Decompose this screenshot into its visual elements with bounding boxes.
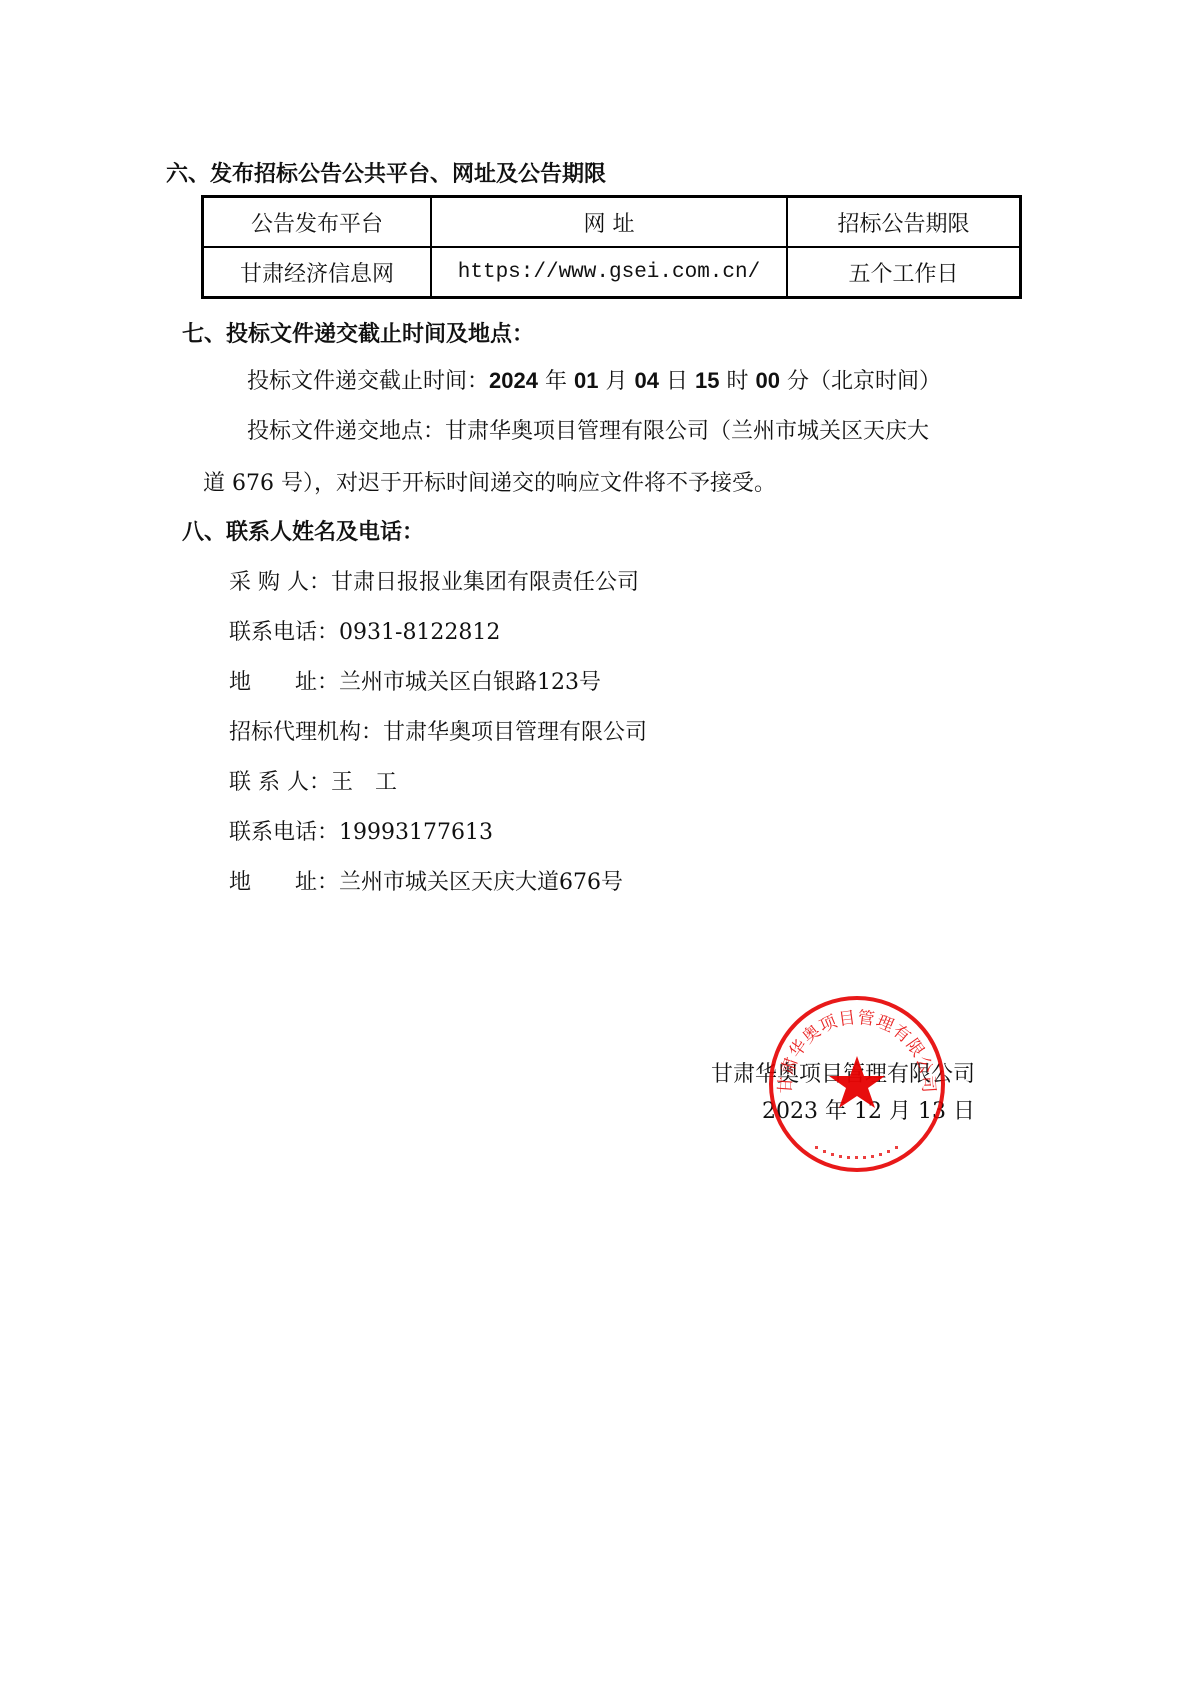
contact-agency-phone: 联系电话：19993177613 <box>229 822 493 844</box>
contact-purchaser-phone: 联系电话：0931-8122812 <box>229 622 500 644</box>
table-row: 甘肃经济信息网 https://www.gsei.com.cn/ 五个工作日 <box>203 247 1021 298</box>
table-header-period: 招标公告期限 <box>787 197 1021 248</box>
contact-label: 联 系 人： <box>229 770 331 795</box>
table-header-url: 网 址 <box>431 197 787 248</box>
location-line-2: 道 676 号），对迟于开标时间递交的响应文件将不予接受。 <box>203 473 776 495</box>
table-cell-platform: 甘肃经济信息网 <box>203 247 432 298</box>
contact-value: 兰州市城关区天庆大道676号 <box>339 870 623 895</box>
table-cell-period: 五个工作日 <box>787 247 1021 298</box>
table-header-platform: 公告发布平台 <box>203 197 432 248</box>
section-7-heading: 七、投标文件递交截止时间及地点： <box>182 324 534 346</box>
deadline-month: 01 <box>574 368 598 393</box>
contact-value: 0931-8122812 <box>339 620 500 645</box>
contact-label: 地 址： <box>229 870 339 895</box>
contact-value: 19993177613 <box>339 820 493 845</box>
deadline-hour-unit: 时 <box>726 369 748 394</box>
deadline-minute: 00 <box>755 368 779 393</box>
contact-label: 招标代理机构： <box>229 720 383 745</box>
deadline-year-unit: 年 <box>545 369 567 394</box>
deadline-month-unit: 月 <box>605 369 627 394</box>
location-line-1: 投标文件递交地点：甘肃华奥项目管理有限公司（兰州市城关区天庆大 <box>247 421 929 443</box>
section-6-heading: 六、发布招标公告公共平台、网址及公告期限 <box>166 164 606 186</box>
deadline-label: 投标文件递交截止时间： <box>247 369 489 394</box>
contact-label: 联系电话： <box>229 820 339 845</box>
deadline-hour: 15 <box>695 368 719 393</box>
contact-purchaser-address: 地 址：兰州市城关区白银路123号 <box>229 672 601 694</box>
contact-value: 甘肃华奥项目管理有限公司 <box>383 720 647 745</box>
contact-label: 地 址： <box>229 670 339 695</box>
deadline-year: 2024 <box>489 368 538 393</box>
contact-value: 甘肃日报报业集团有限责任公司 <box>331 570 639 595</box>
deadline-day-unit: 日 <box>666 369 688 394</box>
company-seal-stamp-icon: 甘肃华奥项目管理有限公司 <box>767 994 947 1174</box>
table-cell-url[interactable]: https://www.gsei.com.cn/ <box>431 247 787 298</box>
deadline-minute-unit: 分 <box>787 369 809 394</box>
deadline-note: （北京时间） <box>809 369 941 394</box>
contact-agency: 招标代理机构：甘肃华奥项目管理有限公司 <box>229 722 647 744</box>
contact-person: 联 系 人：王 工 <box>229 772 397 794</box>
section-8-heading: 八、联系人姓名及电话： <box>182 522 424 544</box>
deadline-day: 04 <box>634 368 658 393</box>
contact-value: 王 工 <box>331 770 397 795</box>
contact-agency-address: 地 址：兰州市城关区天庆大道676号 <box>229 872 623 894</box>
contact-label: 联系电话： <box>229 620 339 645</box>
deadline-line: 投标文件递交截止时间：2024 年 01 月 04 日 15 时 00 分（北京… <box>247 370 941 393</box>
publication-platform-table: 公告发布平台 网 址 招标公告期限 甘肃经济信息网 https://www.gs… <box>201 195 1022 299</box>
table-header-row: 公告发布平台 网 址 招标公告期限 <box>203 197 1021 248</box>
contact-purchaser: 采 购 人：甘肃日报报业集团有限责任公司 <box>229 572 639 594</box>
contact-value: 兰州市城关区白银路123号 <box>339 670 601 695</box>
contact-label: 采 购 人： <box>229 570 331 595</box>
